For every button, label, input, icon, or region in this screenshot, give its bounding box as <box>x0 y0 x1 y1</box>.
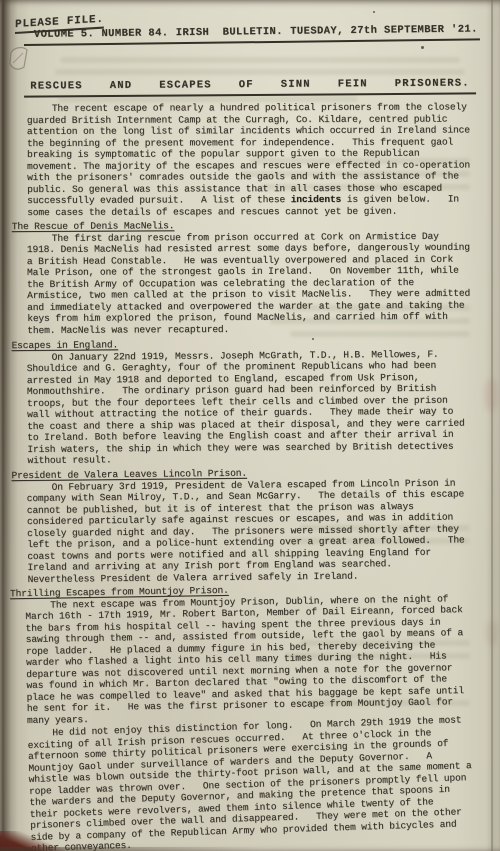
title-row: RESCUES AND ESCAPES OF SINN FEIN PRISONE… <box>0 72 500 97</box>
paragraph: On January 22nd 1919, Messrs. Joseph McG… <box>27 348 473 467</box>
ink-speck <box>373 11 375 13</box>
paragraph: The recent escape of nearly a hundred po… <box>27 101 472 218</box>
masthead-number: NUMBER 84. <box>101 27 168 40</box>
article-section: Thrilling Escapes from Mountjoy Prison.T… <box>25 581 474 851</box>
masthead-volume: VOLUME 5. <box>34 28 94 41</box>
bleed-through-mark <box>60 57 460 63</box>
pencil-doodle <box>7 45 33 75</box>
document-page: PLEASE FILE. VOLUME 5. NUMBER 84. IRISH … <box>0 0 500 851</box>
masthead-publication: IRISH BULLETIN. <box>176 26 283 39</box>
article-section: The Rescue of Denis MacNelis.The first d… <box>27 219 473 337</box>
masthead-date: TUESDAY, 27th SEPTEMBER '21. <box>290 23 478 37</box>
paragraph: The next escape was from Mountjoy Prison… <box>25 593 472 727</box>
paragraph: On February 3rd 1919, President de Valer… <box>27 477 473 586</box>
article-section: Escapes in England.On January 22nd 1919,… <box>27 336 473 467</box>
page-right-edge <box>491 0 493 851</box>
paragraph: The first daring rescue from prison occu… <box>27 231 473 337</box>
article-title: RESCUES AND ESCAPES OF SINN FEIN PRISONE… <box>24 77 476 97</box>
article-sections: The recent escape of nearly a hundred po… <box>27 103 472 851</box>
article-section: The recent escape of nearly a hundred po… <box>27 101 472 218</box>
bottom-edge-shadow <box>0 847 260 851</box>
paragraph: He did not enjoy this distinction for lo… <box>27 714 476 851</box>
ink-speck <box>421 46 424 49</box>
article-section: President de Valera Leaves Lincoln Priso… <box>26 465 472 585</box>
